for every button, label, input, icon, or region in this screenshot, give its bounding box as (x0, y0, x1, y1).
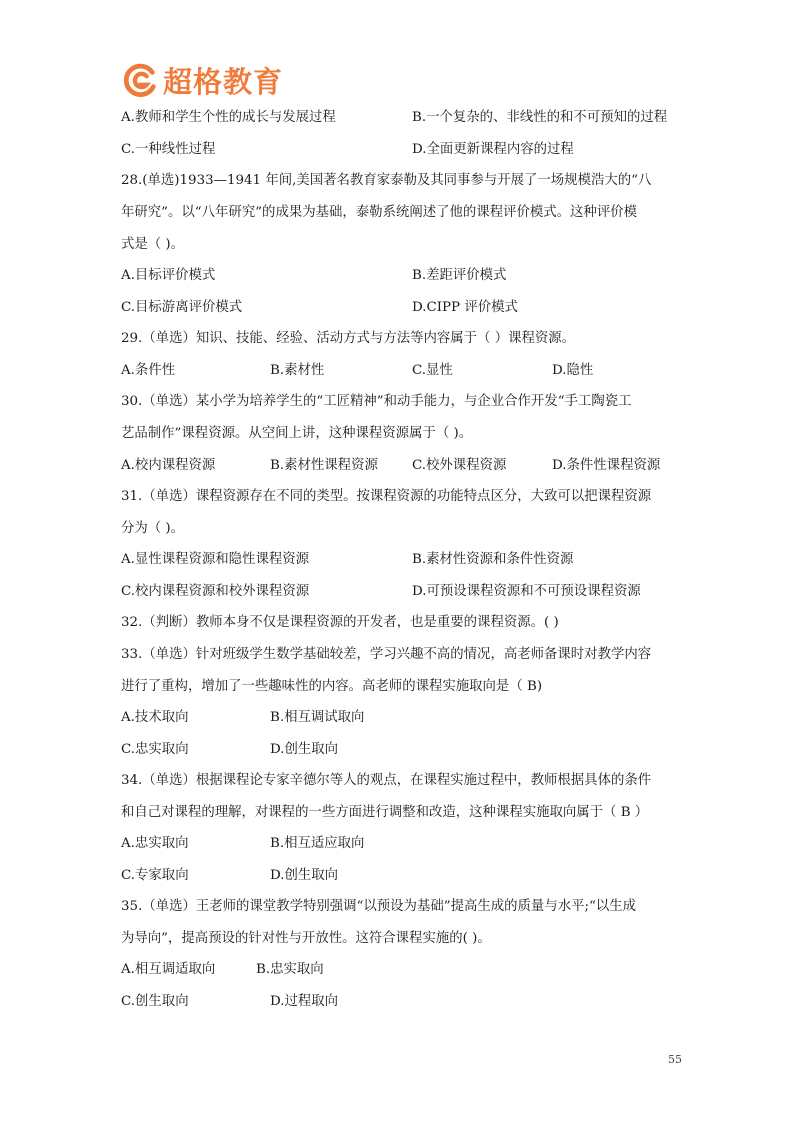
q35-stem-line2: 为导向”，提高预设的针对性与开放性。这符合课程实施的( )。 (121, 929, 491, 949)
q27-option-a: A.教师和学生个性的成长与发展过程 (121, 108, 336, 128)
q31-option-c: C.校内课程资源和校外课程资源 (121, 582, 309, 602)
page-number: 55 (668, 1053, 682, 1066)
q28-stem-line2: 年研究”。以“八年研究”的成果为基础，泰勒系统阐述了他的课程评价模式。这种评价模 (121, 203, 637, 223)
q35-stem-line1: 35.（单选）王老师的课堂教学特别强调“以预设为基础”提高生成的质量与水平;“以… (121, 897, 636, 917)
q34-option-c: C.专家取向 (121, 866, 189, 886)
q30-option-a: A.校内课程资源 (121, 456, 215, 476)
q34-option-b: B.相互适应取向 (270, 834, 364, 854)
q28-stem-line1: 28.(单选)1933—1941 年间,美国著名教育家泰勒及其同事参与开展了一场… (121, 171, 651, 191)
q33-stem-line2: 进行了重构，增加了一些趣味性的内容。高老师的课程实施取向是（ B) (121, 677, 542, 697)
q31-stem-line2: 分为（ )。 (121, 519, 184, 539)
q31-option-d: D.可预设课程资源和不可预设课程资源 (412, 582, 641, 602)
q30-option-d: D.条件性课程资源 (552, 456, 660, 476)
q34-stem-line1: 34.（单选）根据课程论专家辛德尔等人的观点，在课程实施过程中，教师根据具体的条… (121, 771, 651, 791)
q29-option-b: B.素材性 (270, 361, 324, 381)
q34-option-d: D.创生取向 (270, 866, 338, 886)
q28-stem-line3: 式是（ )。 (121, 235, 184, 255)
q33-option-a: A.技术取向 (121, 708, 189, 728)
q32-stem: 32.（判断）教师本身不仅是课程资源的开发者，也是重要的课程资源。( ) (121, 613, 559, 633)
q27-option-d: D.全面更新课程内容的过程 (412, 140, 574, 160)
brand-logo: 超格教育 (121, 60, 283, 100)
logo-g-icon (121, 61, 159, 99)
q33-option-b: B.相互调试取向 (270, 708, 364, 728)
q28-option-d: D.CIPP 评价模式 (412, 298, 518, 318)
q31-stem-line1: 31.（单选）课程资源存在不同的类型。按课程资源的功能特点区分，大致可以把课程资… (121, 487, 651, 507)
q34-stem-line2: 和自己对课程的理解，对课程的一些方面进行调整和改造，这种课程实施取向属于（ B … (121, 803, 648, 823)
q35-option-c: C.创生取向 (121, 992, 189, 1012)
q35-option-d: D.过程取向 (270, 992, 338, 1012)
q33-option-c: C.忠实取向 (121, 740, 189, 760)
q30-stem-line2: 艺品制作”课程资源。从空间上讲，这种课程资源属于（ )。 (121, 424, 472, 444)
q27-option-c: C.一种线性过程 (121, 140, 215, 160)
q34-option-a: A.忠实取向 (121, 834, 189, 854)
q28-option-c: C.目标游离评价模式 (121, 298, 242, 318)
q28-option-a: A.目标评价模式 (121, 266, 215, 286)
q29-option-c: C.显性 (412, 361, 453, 381)
q31-option-a: A.显性课程资源和隐性课程资源 (121, 550, 309, 570)
q27-option-b: B.一个复杂的、非线性的和不可预知的过程 (412, 108, 667, 128)
q35-option-a: A.相互调适取向 (121, 960, 215, 980)
q29-stem: 29.（单选）知识、技能、经验、活动方式与方法等内容属于（ ）课程资源。 (121, 329, 575, 349)
q30-option-b: B.素材性课程资源 (270, 456, 378, 476)
q28-option-b: B.差距评价模式 (412, 266, 506, 286)
q33-option-d: D.创生取向 (270, 740, 338, 760)
q33-stem-line1: 33.（单选）针对班级学生数学基础较差，学习兴趣不高的情况，高老师备课时对教学内… (121, 645, 651, 665)
q29-option-d: D.隐性 (552, 361, 593, 381)
q29-option-a: A.条件性 (121, 361, 175, 381)
brand-name: 超格教育 (163, 60, 283, 101)
q31-option-b: B.素材性资源和条件性资源 (412, 550, 573, 570)
q30-stem-line1: 30.（单选）某小学为培养学生的“工匠精神”和动手能力，与企业合作开发“手工陶瓷… (121, 392, 632, 412)
q35-option-b: B.忠实取向 (256, 960, 324, 980)
q30-option-c: C.校外课程资源 (412, 456, 506, 476)
